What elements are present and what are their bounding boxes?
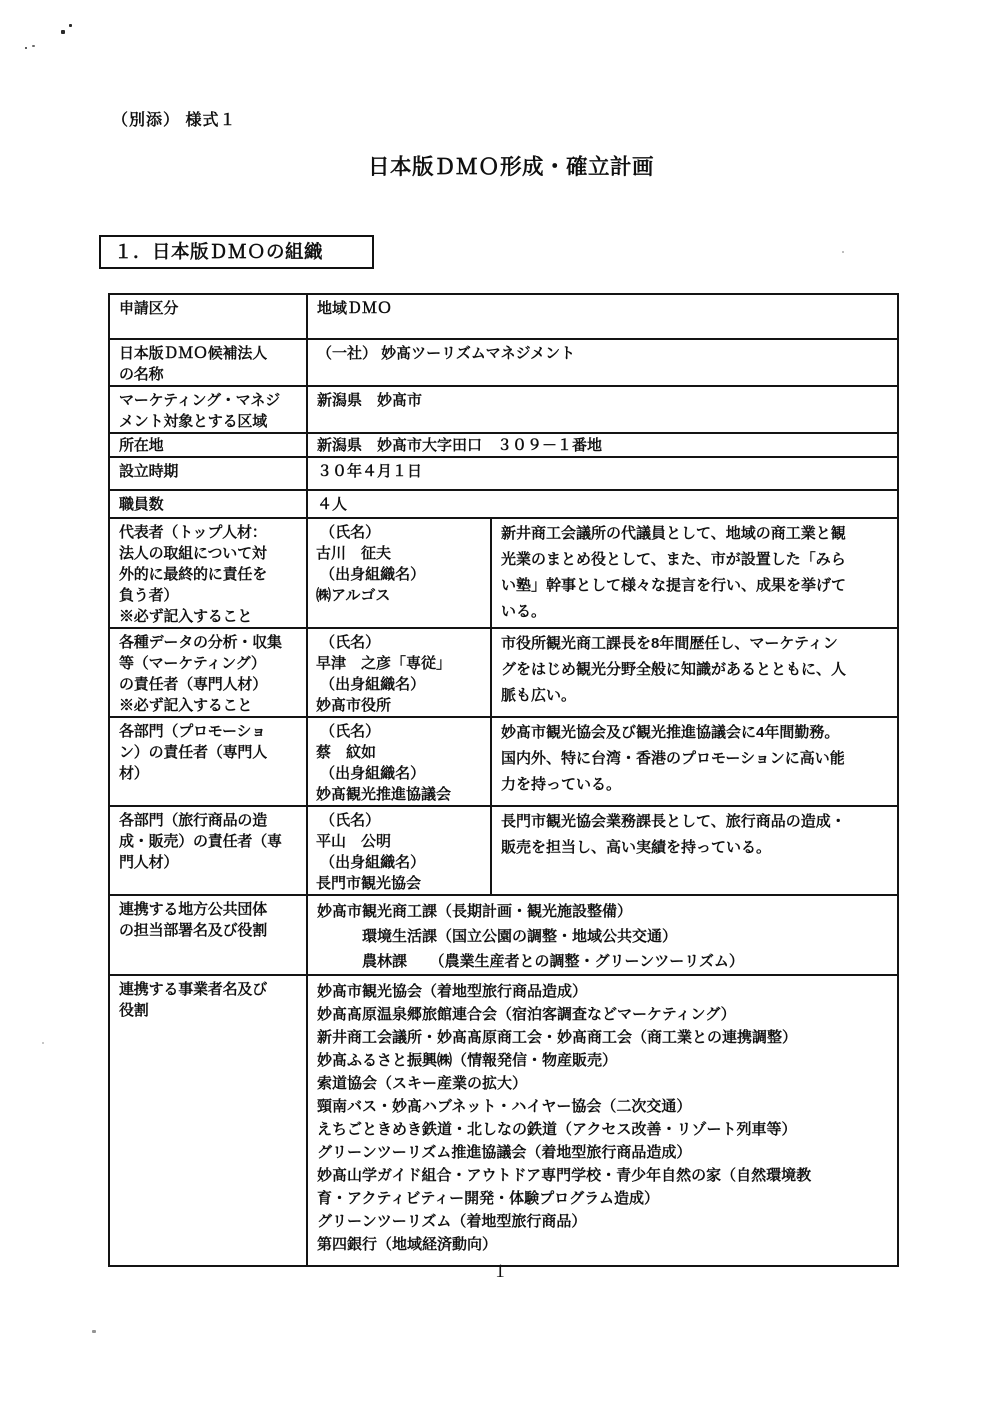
cell-address: 新潟県 妙髙市大字田口 ３０９－１番地 xyxy=(307,433,898,457)
table-row: 各部門（旅行商品の造 成・販売）の責任者（専 門人材） （氏名） 平山 公明 （… xyxy=(109,806,898,895)
section-1-header: １．日本版ＤＭＯの組織 xyxy=(99,235,374,269)
row-label-establishment-date: 設立時期 xyxy=(109,457,307,490)
table-row: マーケティング・マネジ メント対象とする区域 新潟県 妙髙市 xyxy=(109,386,898,433)
cell-candidate-corporation-name: （一社） 妙髙ツーリズムマネジメント xyxy=(307,339,898,386)
cell-representative-name: （氏名） 古川 征夫 （出身組織名） ㈱アルゴス xyxy=(307,518,491,628)
scan-speckle xyxy=(92,1330,96,1333)
row-label-application-category: 申請区分 xyxy=(109,294,307,339)
dmo-organization-table: 申請区分 地域ＤＭＯ 日本版ＤＭＯ候補法人 の名称 （一社） 妙髙ツーリズムマネ… xyxy=(108,293,899,1267)
table-row: 申請区分 地域ＤＭＯ xyxy=(109,294,898,339)
cell-promotion-manager-description: 妙髙市観光協会及び観光推進協議会に4年間勤務。 国内外、特に台湾・香港のプロモー… xyxy=(491,717,898,806)
row-label-partner-businesses: 連携する事業者名及び 役割 xyxy=(109,975,307,1266)
cell-marketing-manager-name: （氏名） 早津 之彦「専従」 （出身組織名） 妙髙市役所 xyxy=(307,628,491,717)
cell-application-category: 地域ＤＭＯ xyxy=(307,294,898,339)
row-label-promotion-manager: 各部門（プロモーショ ン）の責任者（専門人 材） xyxy=(109,717,307,806)
scan-speckle xyxy=(69,24,72,27)
row-label-travel-product-manager: 各部門（旅行商品の造 成・販売）の責任者（専 門人材） xyxy=(109,806,307,895)
page-number: 1 xyxy=(0,1261,1000,1283)
table-row: 代表者（トップ人材： 法人の取組について対 外的に最終的に責任を 負う者） ※必… xyxy=(109,518,898,628)
cell-partner-businesses: 妙髙市観光協会（着地型旅行商品造成） 妙髙髙原温泉郷旅館連合会（宿泊客調査などマ… xyxy=(307,975,898,1266)
cell-promotion-manager-name: （氏名） 蔡 紋如 （出身組織名） 妙髙観光推進協議会 xyxy=(307,717,491,806)
table-row: 連携する事業者名及び 役割 妙髙市観光協会（着地型旅行商品造成） 妙髙髙原温泉郷… xyxy=(109,975,898,1266)
row-label-representative: 代表者（トップ人材： 法人の取組について対 外的に最終的に責任を 負う者） ※必… xyxy=(109,518,307,628)
row-label-marketing-manager: 各種データの分析・収集 等（マーケティング） の責任者（専門人材） ※必ず記入す… xyxy=(109,628,307,717)
scan-speckle xyxy=(32,45,35,47)
cell-partner-local-governments: 妙髙市観光商工課（長期計画・観光施設整備） 環境生活課（国立公園の調整・地域公共… xyxy=(307,895,898,975)
scan-speckle xyxy=(25,47,27,49)
table-row: 職員数 ４人 xyxy=(109,490,898,518)
scan-speckle xyxy=(42,1042,44,1044)
document-title: 日本版ＤＭＯ形成・確立計画 xyxy=(0,150,1000,181)
row-label-partner-local-governments: 連携する地方公共団体 の担当部署名及び役割 xyxy=(109,895,307,975)
table-row: 設立時期 ３０年４月１日 xyxy=(109,457,898,490)
row-label-address: 所在地 xyxy=(109,433,307,457)
row-label-staff-count: 職員数 xyxy=(109,490,307,518)
table-row: 日本版ＤＭＯ候補法人 の名称 （一社） 妙髙ツーリズムマネジメント xyxy=(109,339,898,386)
cell-representative-description: 新井商工会議所の代議員として、地域の商工業と観 光業のまとめ役として、また、市が… xyxy=(491,518,898,628)
cell-establishment-date: ３０年４月１日 xyxy=(307,457,898,490)
scanned-document-page: （別添） 様式１ 日本版ＤＭＯ形成・確立計画 １．日本版ＤＭＯの組織 申請区分 … xyxy=(0,0,1000,1418)
cell-staff-count: ４人 xyxy=(307,490,898,518)
row-label-marketing-target-area: マーケティング・マネジ メント対象とする区域 xyxy=(109,386,307,433)
table-row: 所在地 新潟県 妙髙市大字田口 ３０９－１番地 xyxy=(109,433,898,457)
row-label-candidate-corporation-name: 日本版ＤＭＯ候補法人 の名称 xyxy=(109,339,307,386)
scan-speckle xyxy=(61,30,65,34)
scan-speckle xyxy=(842,251,844,253)
attachment-form-label: （別添） 様式１ xyxy=(112,107,236,130)
cell-travel-product-manager-description: 長門市観光協会業務課長として、旅行商品の造成・ 販売を担当し、高い実績を持ってい… xyxy=(491,806,898,895)
cell-marketing-manager-description: 市役所観光商工課長を8年間歴任し、マーケティン グをはじめ観光分野全般に知識があ… xyxy=(491,628,898,717)
table-row: 連携する地方公共団体 の担当部署名及び役割 妙髙市観光商工課（長期計画・観光施設… xyxy=(109,895,898,975)
table-row: 各部門（プロモーショ ン）の責任者（専門人 材） （氏名） 蔡 紋如 （出身組織… xyxy=(109,717,898,806)
table-row: 各種データの分析・収集 等（マーケティング） の責任者（専門人材） ※必ず記入す… xyxy=(109,628,898,717)
cell-marketing-target-area: 新潟県 妙髙市 xyxy=(307,386,898,433)
cell-travel-product-manager-name: （氏名） 平山 公明 （出身組織名） 長門市観光協会 xyxy=(307,806,491,895)
